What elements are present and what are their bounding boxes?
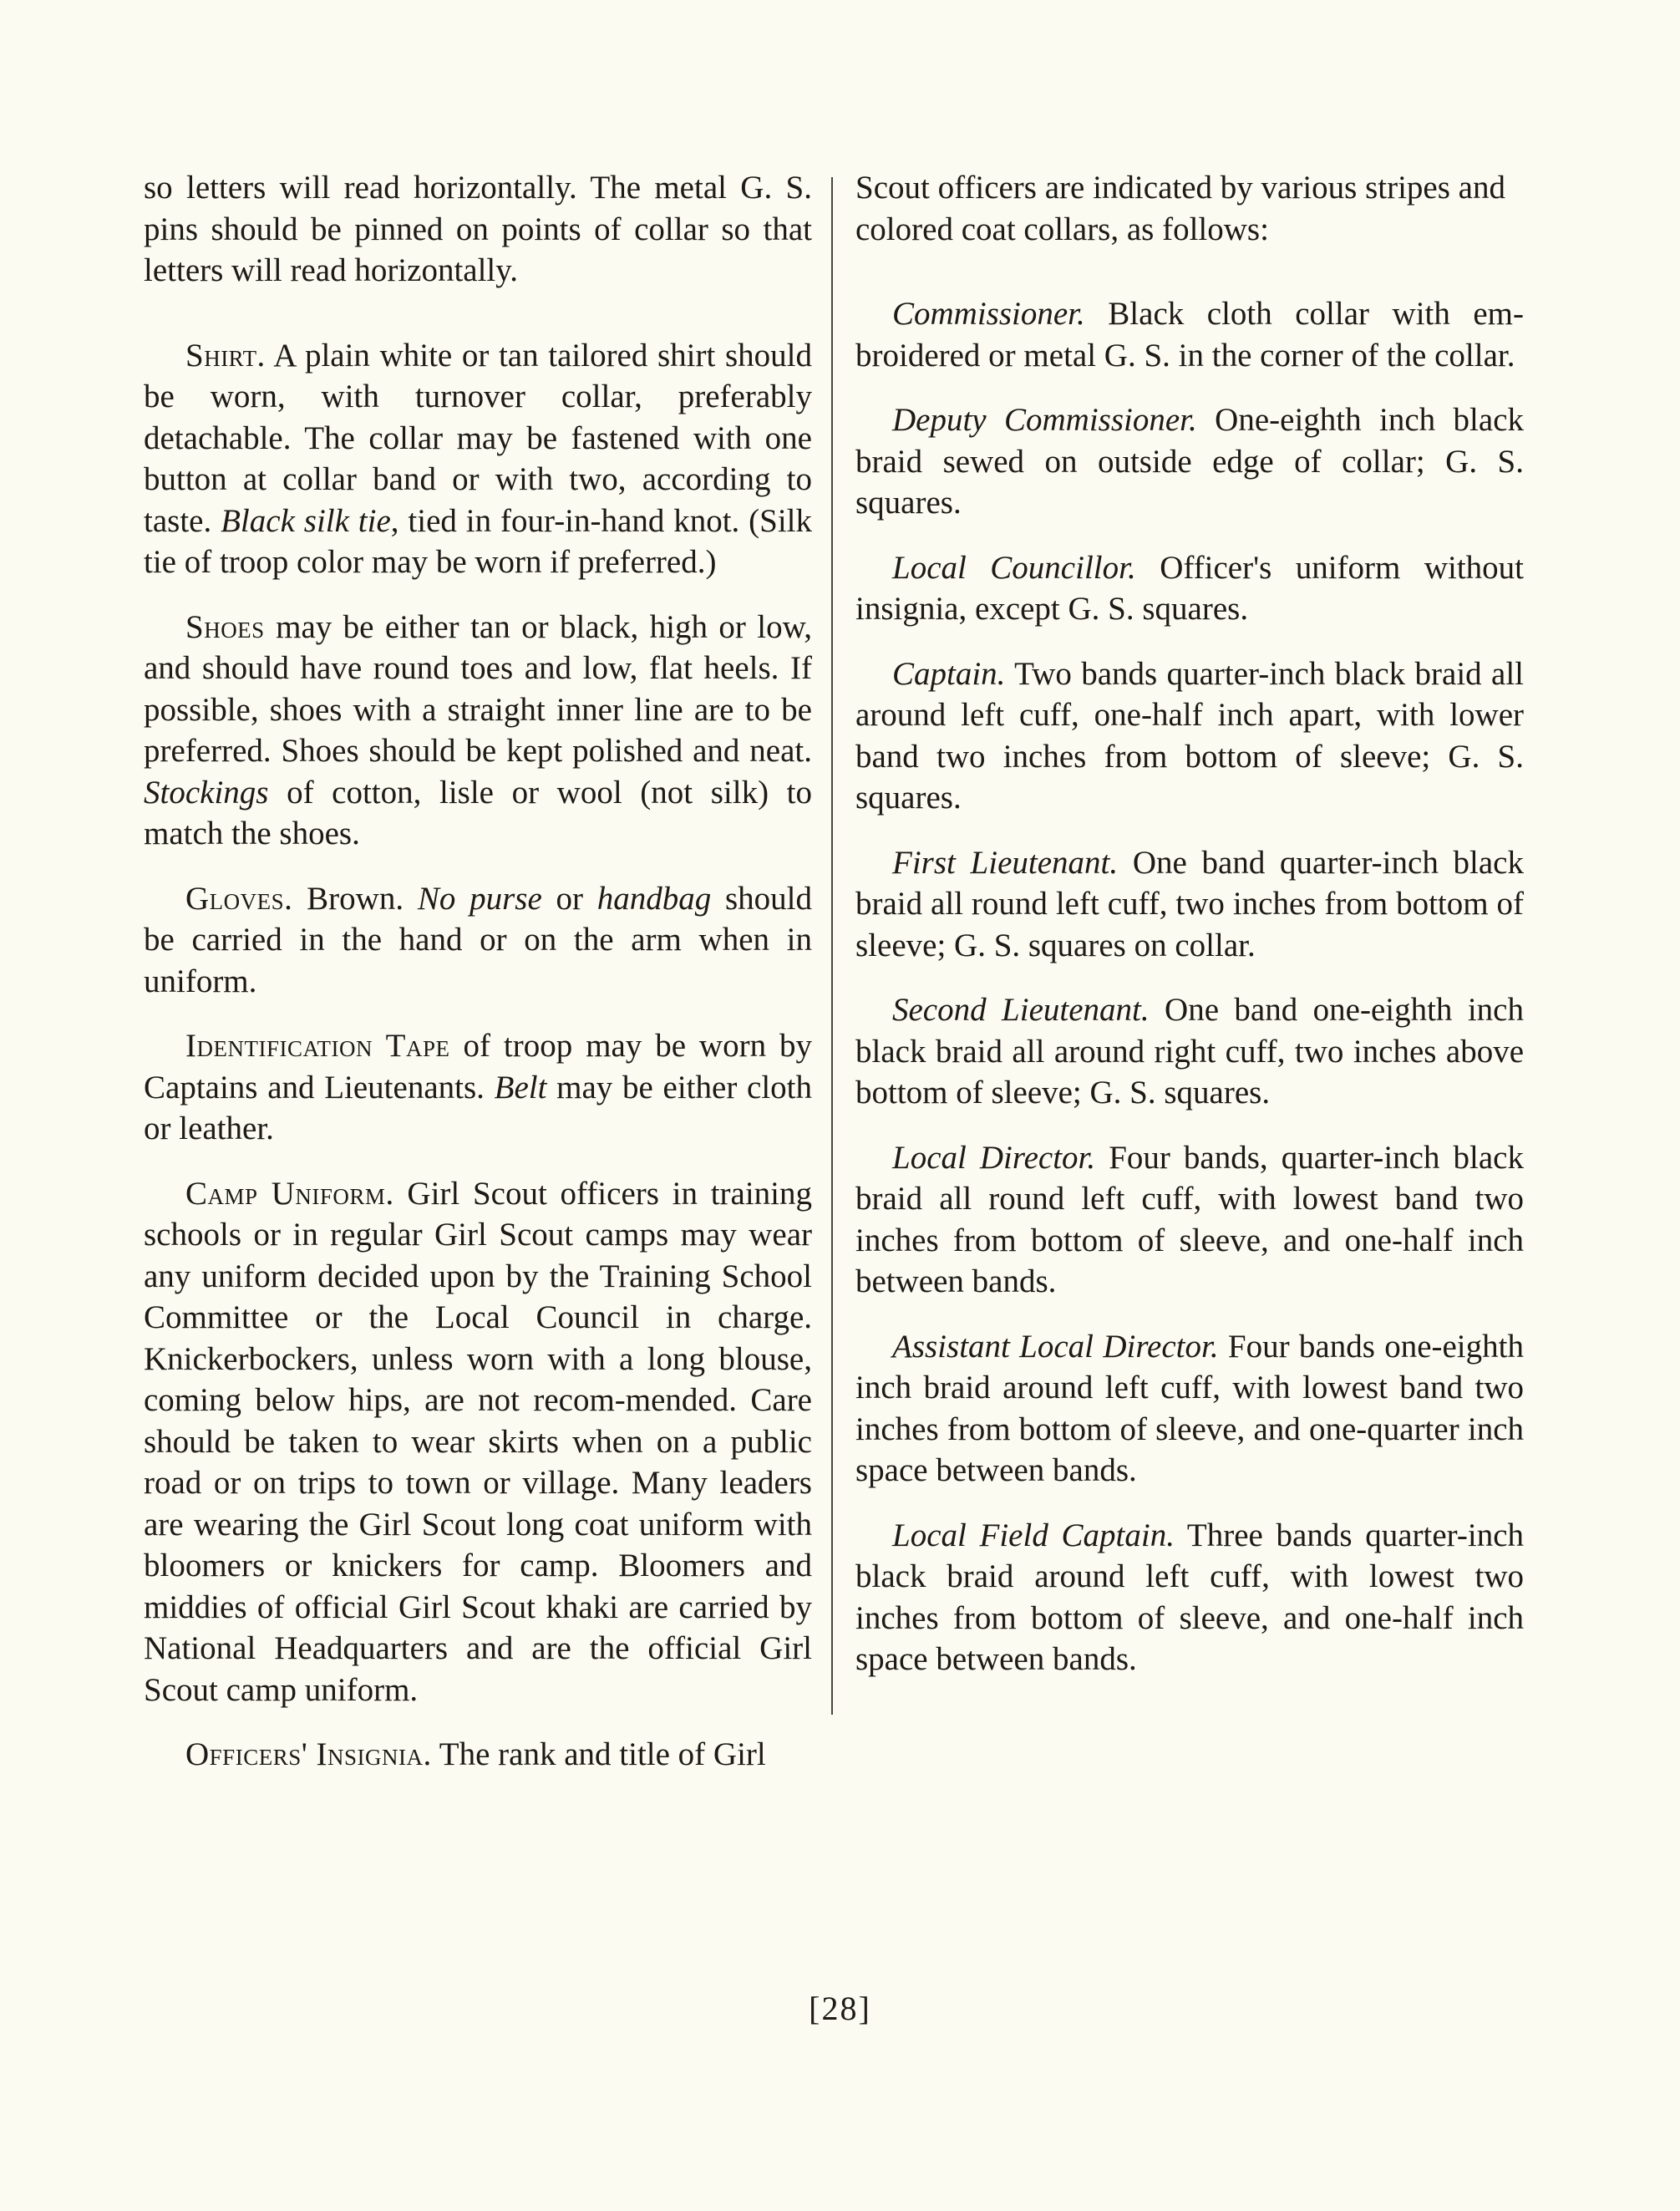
page-number: [28] xyxy=(0,1989,1680,2028)
entry-commissioner: Commissioner. Black cloth collar with em… xyxy=(855,293,1524,376)
paragraph-text: Scout officers are indicated by various … xyxy=(855,170,1505,247)
paragraph-text: Girl Scout officers in training schools … xyxy=(144,1176,812,1708)
section-head-camp-uniform: Camp Uniform. xyxy=(185,1176,394,1212)
paragraph-text: or xyxy=(542,881,597,917)
section-head-identification-tape: Identification Tape xyxy=(185,1028,450,1064)
section-head-gloves: Gloves. xyxy=(185,881,292,917)
entry-local-councillor: Local Councillor. Officer's uniform with… xyxy=(855,547,1524,630)
entry-title: Captain. xyxy=(892,656,1005,692)
right-column: Scout officers are indicated by various … xyxy=(855,167,1524,1704)
entry-local-director: Local Director. Four bands, quarter-inch… xyxy=(855,1137,1524,1303)
emphasis-belt: Belt xyxy=(495,1070,547,1105)
emphasis-handbag: handbag xyxy=(597,881,712,917)
emphasis-black-silk-tie: Black silk tie xyxy=(221,503,391,539)
paragraph-officers-insignia: Officers' Insignia. The rank and title o… xyxy=(144,1734,812,1776)
paragraph-text: so letters will read horizontally. The m… xyxy=(144,170,812,288)
column-divider xyxy=(831,177,833,1715)
section-head-officers-insignia: Officers' Insignia. xyxy=(185,1736,432,1772)
paragraph-text: Brown. xyxy=(292,881,417,917)
paragraph-gloves: Gloves. Brown. No purse or handbag shoul… xyxy=(144,878,812,1003)
emphasis-stockings: Stockings xyxy=(144,775,268,811)
emphasis-no-purse: No purse xyxy=(418,881,542,917)
section-head-shoes: Shoes xyxy=(185,609,265,645)
entry-deputy-commissioner: Deputy Commissioner. One-eighth inch bla… xyxy=(855,399,1524,524)
entry-title: Commissioner. xyxy=(892,296,1085,332)
paragraph-identification-tape: Identification Tape of troop may be worn… xyxy=(144,1025,812,1150)
entry-title: Second Lieutenant. xyxy=(892,992,1150,1028)
entry-title: Local Director. xyxy=(892,1140,1095,1176)
left-column: so letters will read horizontally. The m… xyxy=(144,167,812,1799)
entry-captain: Captain. Two bands quarter-inch black br… xyxy=(855,653,1524,819)
paragraph-camp-uniform: Camp Uniform. Girl Scout officers in tra… xyxy=(144,1173,812,1711)
entry-title: First Lieutenant. xyxy=(892,845,1118,881)
entry-assistant-local-director: Assistant Local Director. Four bands one… xyxy=(855,1326,1524,1492)
paragraph-insignia-intro: Scout officers are indicated by various … xyxy=(855,167,1524,250)
entry-local-field-captain: Local Field Captain. Three bands quarter… xyxy=(855,1515,1524,1680)
entry-first-lieutenant: First Lieutenant. One band quarter-inch … xyxy=(855,842,1524,967)
paragraph-shirt: Shirt. A plain white or tan tailored shi… xyxy=(144,335,812,583)
entry-title: Deputy Commissioner. xyxy=(892,402,1197,438)
paragraph-collar-continuation: so letters will read horizontally. The m… xyxy=(144,167,812,292)
entry-title: Local Field Captain. xyxy=(892,1517,1175,1553)
entry-title: Local Councillor. xyxy=(892,550,1136,586)
section-head-shirt: Shirt. xyxy=(185,338,266,374)
paragraph-text: The rank and title of Girl xyxy=(432,1736,766,1772)
book-page: so letters will read horizontally. The m… xyxy=(0,0,1680,2211)
paragraph-shoes: Shoes may be either tan or black, high o… xyxy=(144,607,812,855)
entry-second-lieutenant: Second Lieutenant. One band one-eighth i… xyxy=(855,989,1524,1114)
entry-title: Assistant Local Director. xyxy=(892,1329,1219,1365)
